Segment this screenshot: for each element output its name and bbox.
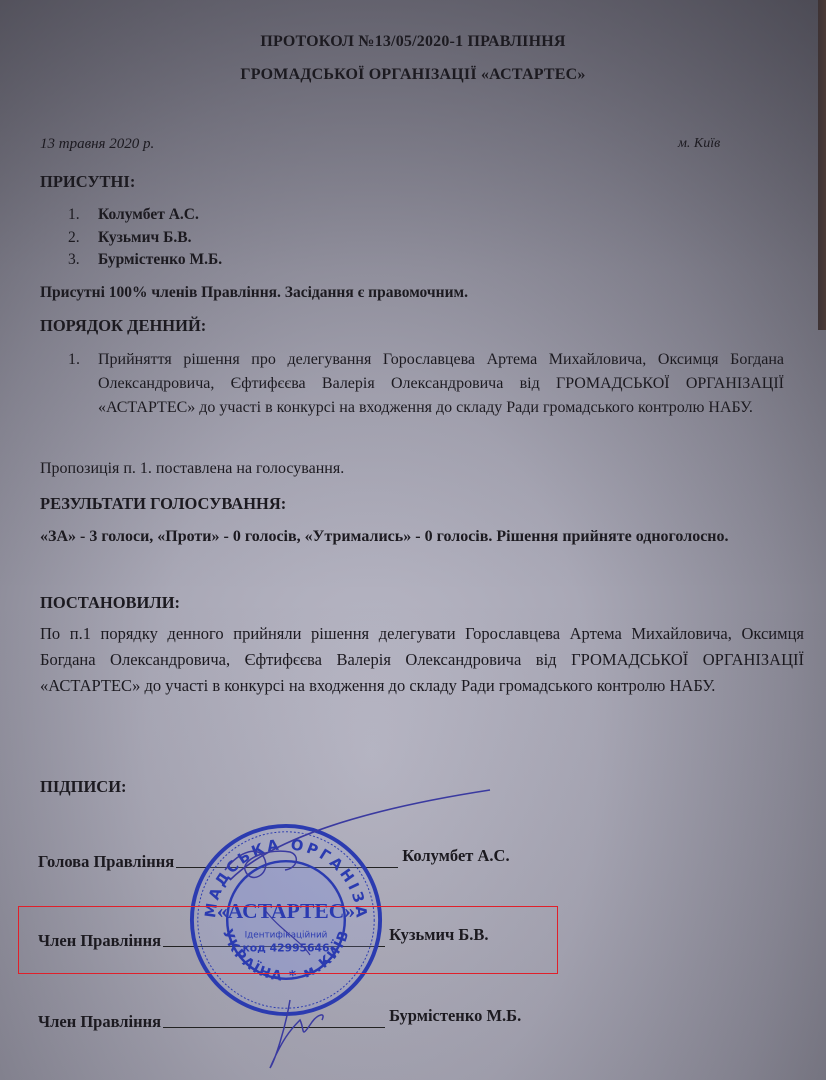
protocol-document: ПРОТОКОЛ №13/05/2020-1 ПРАВЛІННЯ ГРОМАДС… [0,0,826,1080]
list-number: 3. [68,249,98,272]
list-item: 2. Кузьмич Б.В. [68,227,222,250]
quorum-statement: Присутні 100% членів Правління. Засіданн… [40,284,468,302]
agenda-item: 1. Прийняття рішення про делегування Гор… [68,348,784,420]
organization-stamp-icon: ГРОМАДСЬКА ОРГАНІЗАЦІЯ УКРАЇНА * м.КИЇВ … [188,822,384,1018]
member-name: Кузьмич Б.В. [98,227,191,250]
signature-name: Колумбет А.С. [402,846,509,866]
document-city: м. Київ [678,136,720,152]
signature-name: Бурмістенко М.Б. [389,1006,521,1026]
signature-role: Голова Правління [38,852,174,872]
document-date: 13 травня 2020 р. [40,136,154,153]
stamp-center-name: «АСТАРТЕС» [217,899,355,923]
member-name: Бурмістенко М.Б. [98,249,222,272]
results-text: «ЗА» - 3 голоси, «Проти» - 0 голосів, «У… [40,523,796,550]
document-title-line2: ГРОМАДСЬКОЇ ОРГАНІЗАЦІЇ «АСТАРТЕС» [0,66,826,84]
signature-name: Кузьмич Б.В. [389,925,489,945]
signature-role: Член Правління [38,931,161,951]
agenda-text: Прийняття рішення про делегування Горосл… [98,348,784,420]
decided-heading: ПОСТАНОВИЛИ: [40,593,180,613]
present-heading: ПРИСУТНІ: [40,172,135,192]
agenda-number: 1. [68,348,98,420]
member-name: Колумбет А.С. [98,204,199,227]
stamp-code: код 42995646 [242,941,329,954]
agenda-heading: ПОРЯДОК ДЕННИЙ: [40,316,206,336]
document-title-line1: ПРОТОКОЛ №13/05/2020-1 ПРАВЛІННЯ [0,33,826,51]
list-number: 1. [68,204,98,227]
list-item: 1. Колумбет А.С. [68,204,222,227]
list-number: 2. [68,227,98,250]
signature-line [163,1026,385,1028]
results-heading: РЕЗУЛЬТАТИ ГОЛОСУВАННЯ: [40,494,286,514]
stamp-id-label: Ідентифікаційний [245,931,328,941]
signatures-heading: ПІДПИСИ: [40,777,127,797]
list-item: 3. Бурмістенко М.Б. [68,249,222,272]
present-list: 1. Колумбет А.С. 2. Кузьмич Б.В. 3. Бурм… [68,204,222,272]
decided-text: По п.1 порядку денного прийняли рішення … [40,621,804,699]
signature-role: Член Правління [38,1012,161,1032]
proposal-statement: Пропозиція п. 1. поставлена на голосуван… [40,460,344,478]
